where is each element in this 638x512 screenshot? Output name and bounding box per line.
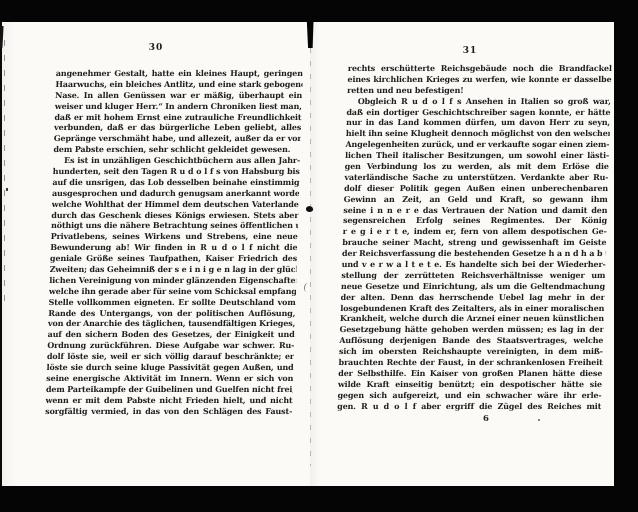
scan-edge-bottom (0, 486, 638, 512)
text-line: von der Anarchie des täglichen, tausendf… (48, 318, 295, 329)
text-line: und v e r w a l t e t e. Es handelte sic… (341, 259, 605, 270)
scan-edge-right (614, 0, 638, 512)
text-line: dolf löste sie, weil er sich völlig dara… (47, 351, 294, 362)
text-line: ausgesprochen und dadurch genugsam anerk… (52, 188, 299, 199)
text-line: Gepränge verschmäht habe, und allezeit, … (54, 133, 301, 144)
text-line: Gewinn an Zeit, an Geld und Kraft, so ge… (344, 194, 608, 205)
text-line: sorgfältig vermied, in das von den Schlä… (45, 406, 292, 417)
text-line: welche Wohlthat der Himmel dem deutschen… (52, 199, 299, 210)
text-line: Angelegenheiten zurück, und er verkaufte… (345, 139, 609, 150)
text-line: retten und neu befestigen! (347, 85, 611, 96)
text-line: Bewunderung ab! Wir finden in R u d o l … (50, 242, 297, 253)
text-line: Stelle vollkommen eigneten. Er sollte De… (48, 297, 295, 308)
text-line: Privatlebens, seines Wirkens und Streben… (51, 231, 298, 242)
text-line: Gesetzgebung hätte gehoben werden müssen… (339, 324, 603, 335)
signature-mark: 6 (386, 414, 586, 424)
text-line: segensreichen Erfolg seines Regimentes. … (343, 215, 607, 226)
text-line: Auflösung derjenigen Bande des Staatsver… (339, 335, 603, 346)
text-line: stellung der zerrütteten Reichsverhältni… (341, 270, 605, 281)
scan-edge-top (0, 0, 638, 22)
text-line: Nase. In allen Genüssen war er mäßig, üb… (55, 90, 302, 101)
text-line: hunderten, seit den Tagen R u d o l f s … (53, 166, 300, 177)
scan-artifact (538, 419, 540, 421)
text-line: weiser und kluger Herr.“ In andern Chron… (55, 101, 302, 112)
text-line: dolf dieser Politik gegen Außen einen un… (344, 183, 608, 194)
text-line: Haarwuchs, ein bleiches Antlitz, und ein… (55, 79, 302, 90)
text-line: Rande des Untergangs, von der politische… (48, 308, 295, 319)
text-line: daß ein dortiger Geschichtschreiber sage… (346, 107, 610, 118)
text-line: welche ihn gerade aber für seine vom Sch… (49, 286, 296, 297)
text-line: sich im obersten Reichshaupte vereinigte… (339, 346, 603, 357)
right-page: 31 rechts erschütterte Reichsgebäude noc… (310, 13, 622, 496)
text-line: seine i n n e r e das Vertrauen der Nati… (343, 205, 607, 216)
text-line: Krankheit, welche durch die Arznei einer… (340, 313, 604, 324)
text-line: Ordnung zurückführen. Diese Aufgabe war … (47, 340, 294, 351)
left-page-text: angenehmer Gestalt, hatte ein kleines Ha… (45, 68, 303, 417)
text-line: daß er mit hohem Ernst eine zutrauliche … (54, 112, 301, 123)
text-line: lichen Theil italischer Besitzungen, um … (345, 150, 609, 161)
text-line: losgebundenen Kraft des Zeitalters, als … (340, 303, 604, 314)
text-line: Zweiten; das Geheimniß der s e i n i g e… (49, 264, 296, 275)
text-line: seine energische Aktivität im Innern. We… (46, 373, 293, 384)
scan-edge-left-line (4, 40, 5, 308)
text-line: nur in das Land kommen dürfen, um davon … (346, 117, 610, 128)
text-line: angenehmer Gestalt, hatte ein kleines Ha… (56, 68, 303, 79)
text-line: brauche seiner Macht, streng und gewisse… (342, 237, 606, 248)
text-line: durch das Geschenk dieses Königs erwiese… (51, 210, 298, 221)
text-line: lichen Vereinigung von minder glänzenden… (49, 275, 296, 286)
text-line: wenn er mit dem Pabste nicht Frieden hie… (45, 395, 292, 406)
text-line: rechts erschütterte Reichsgebäude noch d… (348, 63, 612, 74)
text-line: brauchten Rechte der Faust, in der schra… (338, 357, 602, 368)
text-line: auf den sichern Boden des Gesetzes, der … (47, 329, 294, 340)
text-line: eines kirchlichen Krieges zu werfen, wie… (347, 74, 611, 85)
left-page: 30 angenehmer Gestalt, hatte ein kleines… (2, 11, 310, 498)
left-page-number: 30 (56, 43, 256, 53)
text-line: gegen sich aufgereizt, und ein schwacher… (337, 390, 601, 401)
text-line: dem Parteikampfe der Guibelinen und Guel… (46, 384, 293, 395)
text-line: der Selbsthilfe. Ein Kaiser von großen P… (338, 368, 602, 379)
text-line: der alten. Denn das herrschende Uebel la… (340, 292, 604, 303)
text-line: nöthigt uns die nähere Betrachtung seine… (51, 220, 298, 231)
text-line: löste sie durch seine kluge Passivität g… (46, 362, 293, 373)
text-line: vaterländische Sache zu unterstützen. Ve… (344, 172, 608, 183)
text-line: wilde Kraft einseitig benützt; ein despo… (338, 379, 602, 390)
text-line: r e g i e r t e, indem er, fern von alle… (343, 226, 607, 237)
text-line: Es ist in unzähligen Geschichtbüchern au… (53, 155, 300, 166)
right-page-number: 31 (370, 46, 570, 56)
scan-artifact (6, 188, 8, 191)
right-page-text: rechts erschütterte Reichsgebäude noch d… (337, 63, 612, 412)
text-line: gen. R u d o l f aber ergriff die Zügel … (337, 401, 601, 412)
text-line: verbunden, daß er das bürgerliche Leben … (54, 122, 301, 133)
text-line: der Reichsverfassung die bestehenden Ges… (342, 248, 606, 259)
text-line: auf die unsrigen, das Lob desselben bein… (52, 177, 299, 188)
gutter-fold-line (310, 48, 311, 466)
text-line: gen Verbindung los zu werden, als mit de… (345, 161, 609, 172)
text-line: neue Gesetze und Einrichtung, als um die… (341, 281, 605, 292)
book-scan: 30 angenehmer Gestalt, hatte ein kleines… (0, 0, 638, 512)
text-line: dem Pabste erschien, sehr schlicht gekle… (53, 144, 300, 155)
text-line: geniale Größe seines Taufpathen, Kaiser … (50, 253, 297, 264)
text-line: hielt ihn seine Klugheit dennoch möglich… (346, 128, 610, 139)
text-line: Obgleich R u d o l f s Ansehen in Italie… (347, 96, 611, 107)
